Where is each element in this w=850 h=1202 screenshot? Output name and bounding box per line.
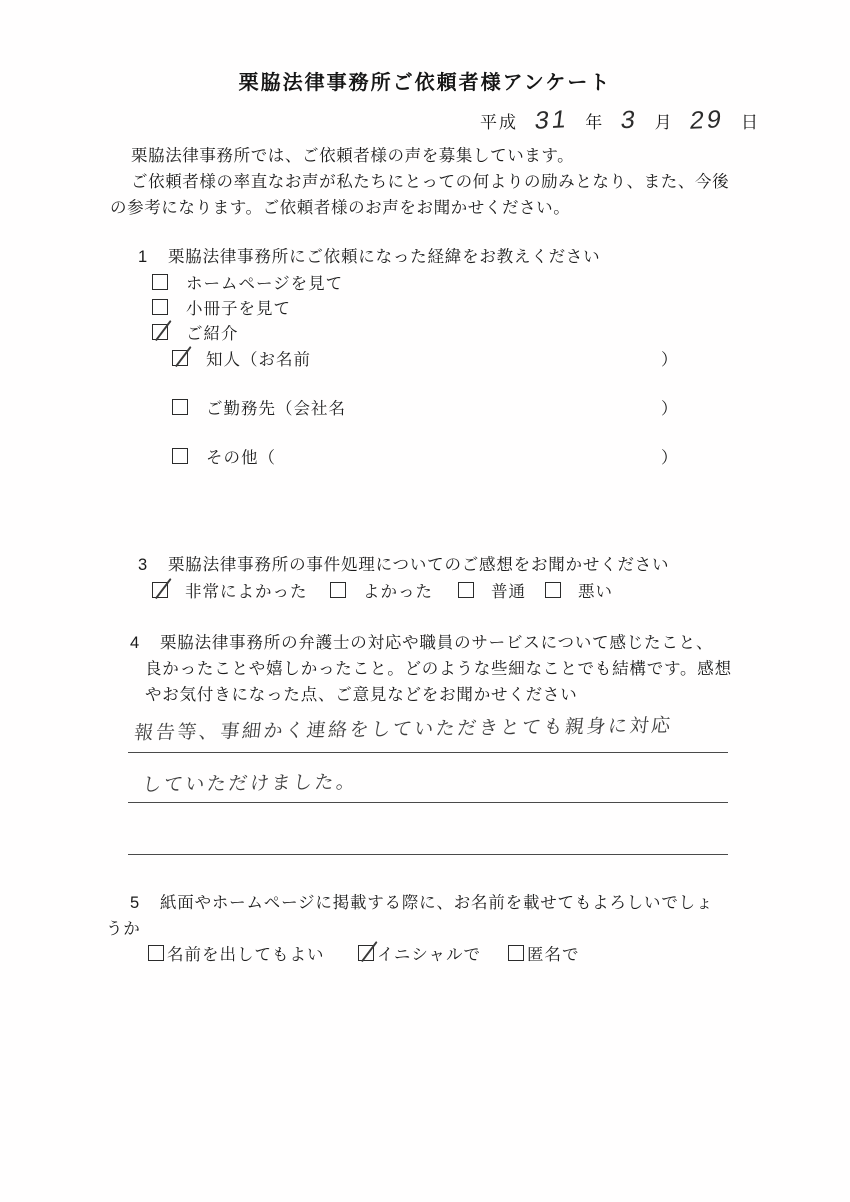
checkbox-workplace	[172, 399, 188, 415]
q3-option-excellent: 非常によかった	[152, 578, 308, 602]
q1-sub-acquaintance-paren: ）	[661, 346, 679, 370]
checkbox-referral	[152, 324, 168, 340]
q1-option-booklet-label: 小冊子を見て	[186, 295, 291, 319]
checkbox-average	[458, 582, 474, 598]
q1-sub-acquaintance-label: 知人（お名前	[206, 346, 311, 370]
question-1-number: 1	[138, 248, 148, 267]
question-3-heading: 3栗脇法律事務所の事件処理についてのご感想をお聞かせください	[138, 551, 669, 575]
checkbox-homepage	[152, 274, 168, 290]
page-title: 栗脇法律事務所ご依頼者様アンケート	[0, 66, 850, 95]
question-1-heading: 1栗脇法律事務所にご依頼になった経緯をお教えください	[138, 243, 600, 267]
q3-option-average: 普通	[458, 578, 526, 602]
q1-sub-other-label: その他（	[206, 444, 276, 468]
question-5-number: 5	[130, 894, 140, 913]
handwritten-year: 31	[533, 105, 571, 136]
question-3-text: 栗脇法律事務所の事件処理についてのご感想をお聞かせください	[168, 556, 669, 574]
checkbox-excellent	[152, 582, 168, 598]
q1-sub-other-paren: ）	[661, 444, 679, 468]
q5-option-initials: イニシャルで	[358, 941, 481, 965]
era-label: 平成	[480, 113, 518, 132]
q5-option-real-name-label: 名前を出してもよい	[167, 941, 325, 965]
checkbox-initials	[358, 945, 374, 961]
date-line: 平成 31 年 3 月 29 日	[480, 106, 760, 135]
checkbox-booklet	[152, 299, 168, 315]
checkbox-other	[172, 448, 188, 464]
q3-options-row: 非常によかった よかった 普通 悪い	[0, 578, 850, 602]
handwritten-month: 3	[619, 106, 640, 136]
answer-rule-1	[128, 752, 728, 753]
month-label: 月	[655, 113, 674, 132]
answer-rule-2	[128, 802, 728, 803]
q1-option-referral-label: ご紹介	[186, 320, 239, 344]
q5-option-initials-label: イニシャルで	[377, 941, 481, 965]
handwritten-answer-line-1: 報告等、事細かく連絡をしていただきとても親身に対応	[133, 710, 674, 745]
question-4-text-line-1: 栗脇法律事務所の弁護士の対応や職員のサービスについて感じたこと、	[160, 634, 713, 652]
question-4-number: 4	[130, 634, 140, 653]
checkbox-acquaintance	[172, 350, 188, 366]
q1-sub-workplace-paren: ）	[661, 395, 679, 419]
q3-option-good: よかった	[330, 578, 433, 602]
scanned-survey-page: 栗脇法律事務所ご依頼者様アンケート 平成 31 年 3 月 29 日 栗脇法律事…	[0, 0, 850, 1202]
day-label: 日	[741, 113, 760, 132]
q3-option-bad: 悪い	[545, 578, 613, 602]
q3-option-bad-label: 悪い	[578, 578, 613, 602]
handwritten-answer-line-2: していただけました。	[141, 767, 359, 797]
answer-rule-3	[128, 854, 728, 855]
q3-option-excellent-label: 非常によかった	[185, 578, 308, 602]
question-1-text: 栗脇法律事務所にご依頼になった経緯をお教えください	[168, 248, 601, 266]
question-4-heading-line-3: やお気付きになった点、ご意見などをお聞かせください	[145, 681, 578, 705]
question-5-text-line-1: 紙面やホームページに掲載する際に、お名前を載せてもよろしいでしょ	[160, 894, 713, 912]
checkbox-bad	[545, 582, 561, 598]
question-5-heading-line-2: うか	[106, 915, 141, 939]
intro-line-1: 栗脇法律事務所では、ご依頼者様の声を募集しています。	[131, 142, 574, 166]
question-5-heading-line-1: 5紙面やホームページに掲載する際に、お名前を載せてもよろしいでしょ	[130, 889, 713, 913]
question-3-number: 3	[138, 556, 148, 575]
q1-sub-workplace-label: ご勤務先（会社名	[206, 395, 346, 419]
intro-line-2: ご依頼者様の率直なお声が私たちにとっての何よりの励みとなり、また、今後	[131, 168, 729, 192]
q1-option-homepage: ホームページを見て	[152, 270, 343, 294]
q5-options-row: 名前を出してもよい イニシャルで 匿名で	[0, 941, 850, 965]
question-4-heading-line-2: 良かったことや嬉しかったこと。どのような些細なことでも結構です。感想	[145, 655, 732, 679]
year-label: 年	[585, 113, 604, 132]
q5-option-anonymous-label: 匿名で	[527, 941, 580, 965]
q5-option-anonymous: 匿名で	[508, 941, 580, 965]
q1-sub-option-other: その他（ ）	[172, 444, 692, 468]
checkbox-good	[330, 582, 346, 598]
q3-option-good-label: よかった	[363, 578, 433, 602]
handwritten-day: 29	[688, 105, 726, 136]
q1-option-homepage-label: ホームページを見て	[186, 270, 343, 294]
q3-option-average-label: 普通	[491, 578, 526, 602]
intro-line-3: の参考になります。ご依頼者様のお声をお聞かせください。	[110, 194, 570, 218]
checkbox-anonymous	[508, 945, 524, 961]
q5-option-real-name: 名前を出してもよい	[148, 941, 325, 965]
q1-option-booklet: 小冊子を見て	[152, 295, 291, 319]
q1-sub-option-workplace: ご勤務先（会社名 ）	[172, 395, 692, 419]
checkbox-real-name	[148, 945, 164, 961]
question-4-heading-line-1: 4栗脇法律事務所の弁護士の対応や職員のサービスについて感じたこと、	[130, 629, 713, 653]
q1-option-referral: ご紹介	[152, 320, 239, 344]
q1-sub-option-acquaintance: 知人（お名前 ）	[172, 346, 692, 370]
